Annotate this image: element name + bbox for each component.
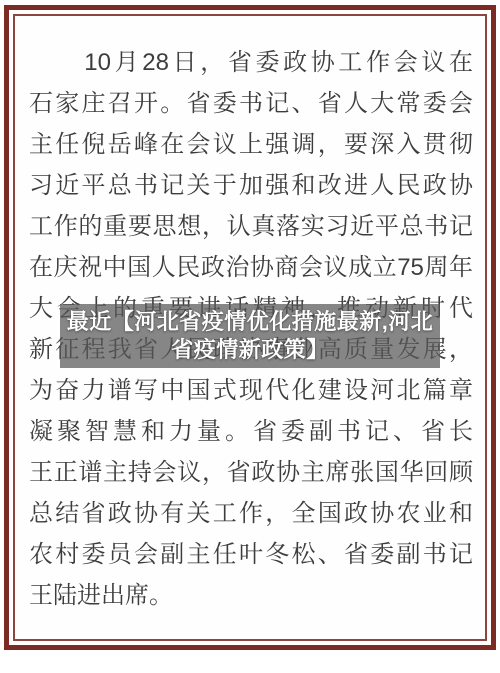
article-line-3: 主任倪岳峰在会议上强调，要深入贯彻 [29,124,473,165]
watermark-banner: 最近【河北省疫情优化措施最新,河北 省疫情新政策】 [60,304,440,368]
article-line-10: 凝聚智慧和力量。省委副书记、省长 [29,411,473,452]
article-line-12: 总结省政协有关工作，全国政协农业和 [29,493,473,534]
article-screenshot: 10月28日，省委政协工作会议在 石家庄召开。省委书记、省人大常委会 主任倪岳峰… [0,0,500,673]
article-line-13: 农村委员会副主任叶冬松、省委副书记 [29,534,473,575]
article-line-6: 在庆祝中国人民政治协商会议成立75周年 [29,247,473,288]
article-line-2: 石家庄召开。省委书记、省人大常委会 [29,83,473,124]
watermark-text-line-1: 最近【河北省疫情优化措施最新,河北 [67,308,434,336]
article-line-4: 习近平总书记关于加强和改进人民政协 [29,165,473,206]
article-line-1: 10月28日，省委政协工作会议在 [29,42,473,83]
article-line-11: 王正谱主持会议，省政协主席张国华回顾 [29,452,473,493]
article-line-9: 为奋力谱写中国式现代化建设河北篇章 [29,370,473,411]
watermark-text-line-2: 省疫情新政策】 [171,336,329,364]
article-line-5: 工作的重要思想，认真落实习近平总书记 [29,206,473,247]
article-line-14: 王陆进出席。 [29,575,473,616]
